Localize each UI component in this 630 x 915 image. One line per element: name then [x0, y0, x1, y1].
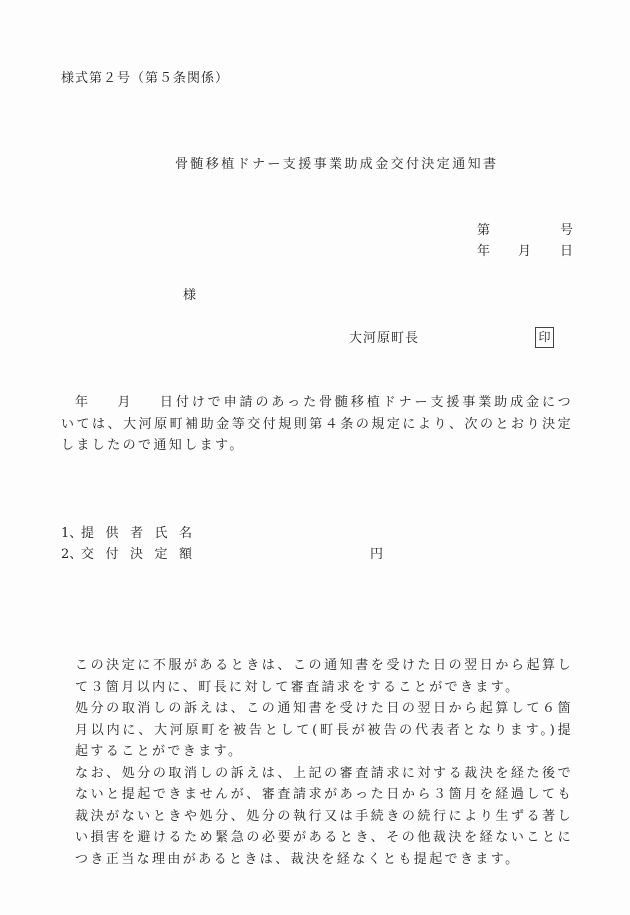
notice-paragraph-exceptions: なお、処分の取消しの訴えは、上記の審査請求に対する裁決を経た後でないと提起できま…	[61, 763, 573, 871]
item-label: 交付決定額	[81, 547, 204, 562]
recipient-honorific: 様	[183, 289, 196, 302]
notice-paragraph-review-request: この決定に不服があるときは、この通知書を受けた日の翌日から起算して３箇月以内に、…	[61, 655, 573, 698]
intro-text: 日付けで申請のあった骨髄移植ドナー支援事業助成金については、大河原町補助金等交付…	[61, 395, 573, 453]
appeal-notice: この決定に不服があるときは、この通知書を受けた日の翌日から起算して３箇月以内に、…	[61, 655, 573, 870]
issue-date: 年 月 日	[477, 245, 571, 259]
amount-unit-yen: 円	[370, 548, 383, 561]
item-label: 提供者氏名	[81, 526, 204, 541]
intro-year: 年	[75, 395, 91, 410]
item-number: 2、	[61, 548, 81, 561]
document-number: 第 号	[477, 224, 571, 238]
item-grant-amount: 2、交付決定額	[61, 548, 204, 561]
intro-paragraph: 年月日付けで申請のあった骨髄移植ドナー支援事業助成金については、大河原町補助金等…	[61, 392, 573, 457]
intro-month: 月	[117, 395, 133, 410]
date-day: 日	[560, 245, 573, 258]
doc-number-suffix: 号	[560, 224, 573, 237]
seal-stamp-box: 印	[535, 327, 554, 348]
item-number: 1、	[61, 527, 81, 540]
issuer-name: 大河原町長	[349, 332, 419, 345]
document-title: 骨髄移植ドナー支援事業助成金交付決定通知書	[175, 158, 498, 171]
date-year: 年	[477, 245, 490, 258]
form-label: 様式第２号（第５条関係）	[61, 72, 229, 85]
notice-paragraph-lawsuit: 処分の取消しの訴えは、この通知書を受けた日の翌日から起算して６箇月以内に、大河原…	[61, 698, 573, 763]
date-month: 月	[518, 245, 531, 258]
doc-number-prefix: 第	[477, 224, 490, 237]
item-donor-name: 1、提供者氏名	[61, 527, 204, 540]
